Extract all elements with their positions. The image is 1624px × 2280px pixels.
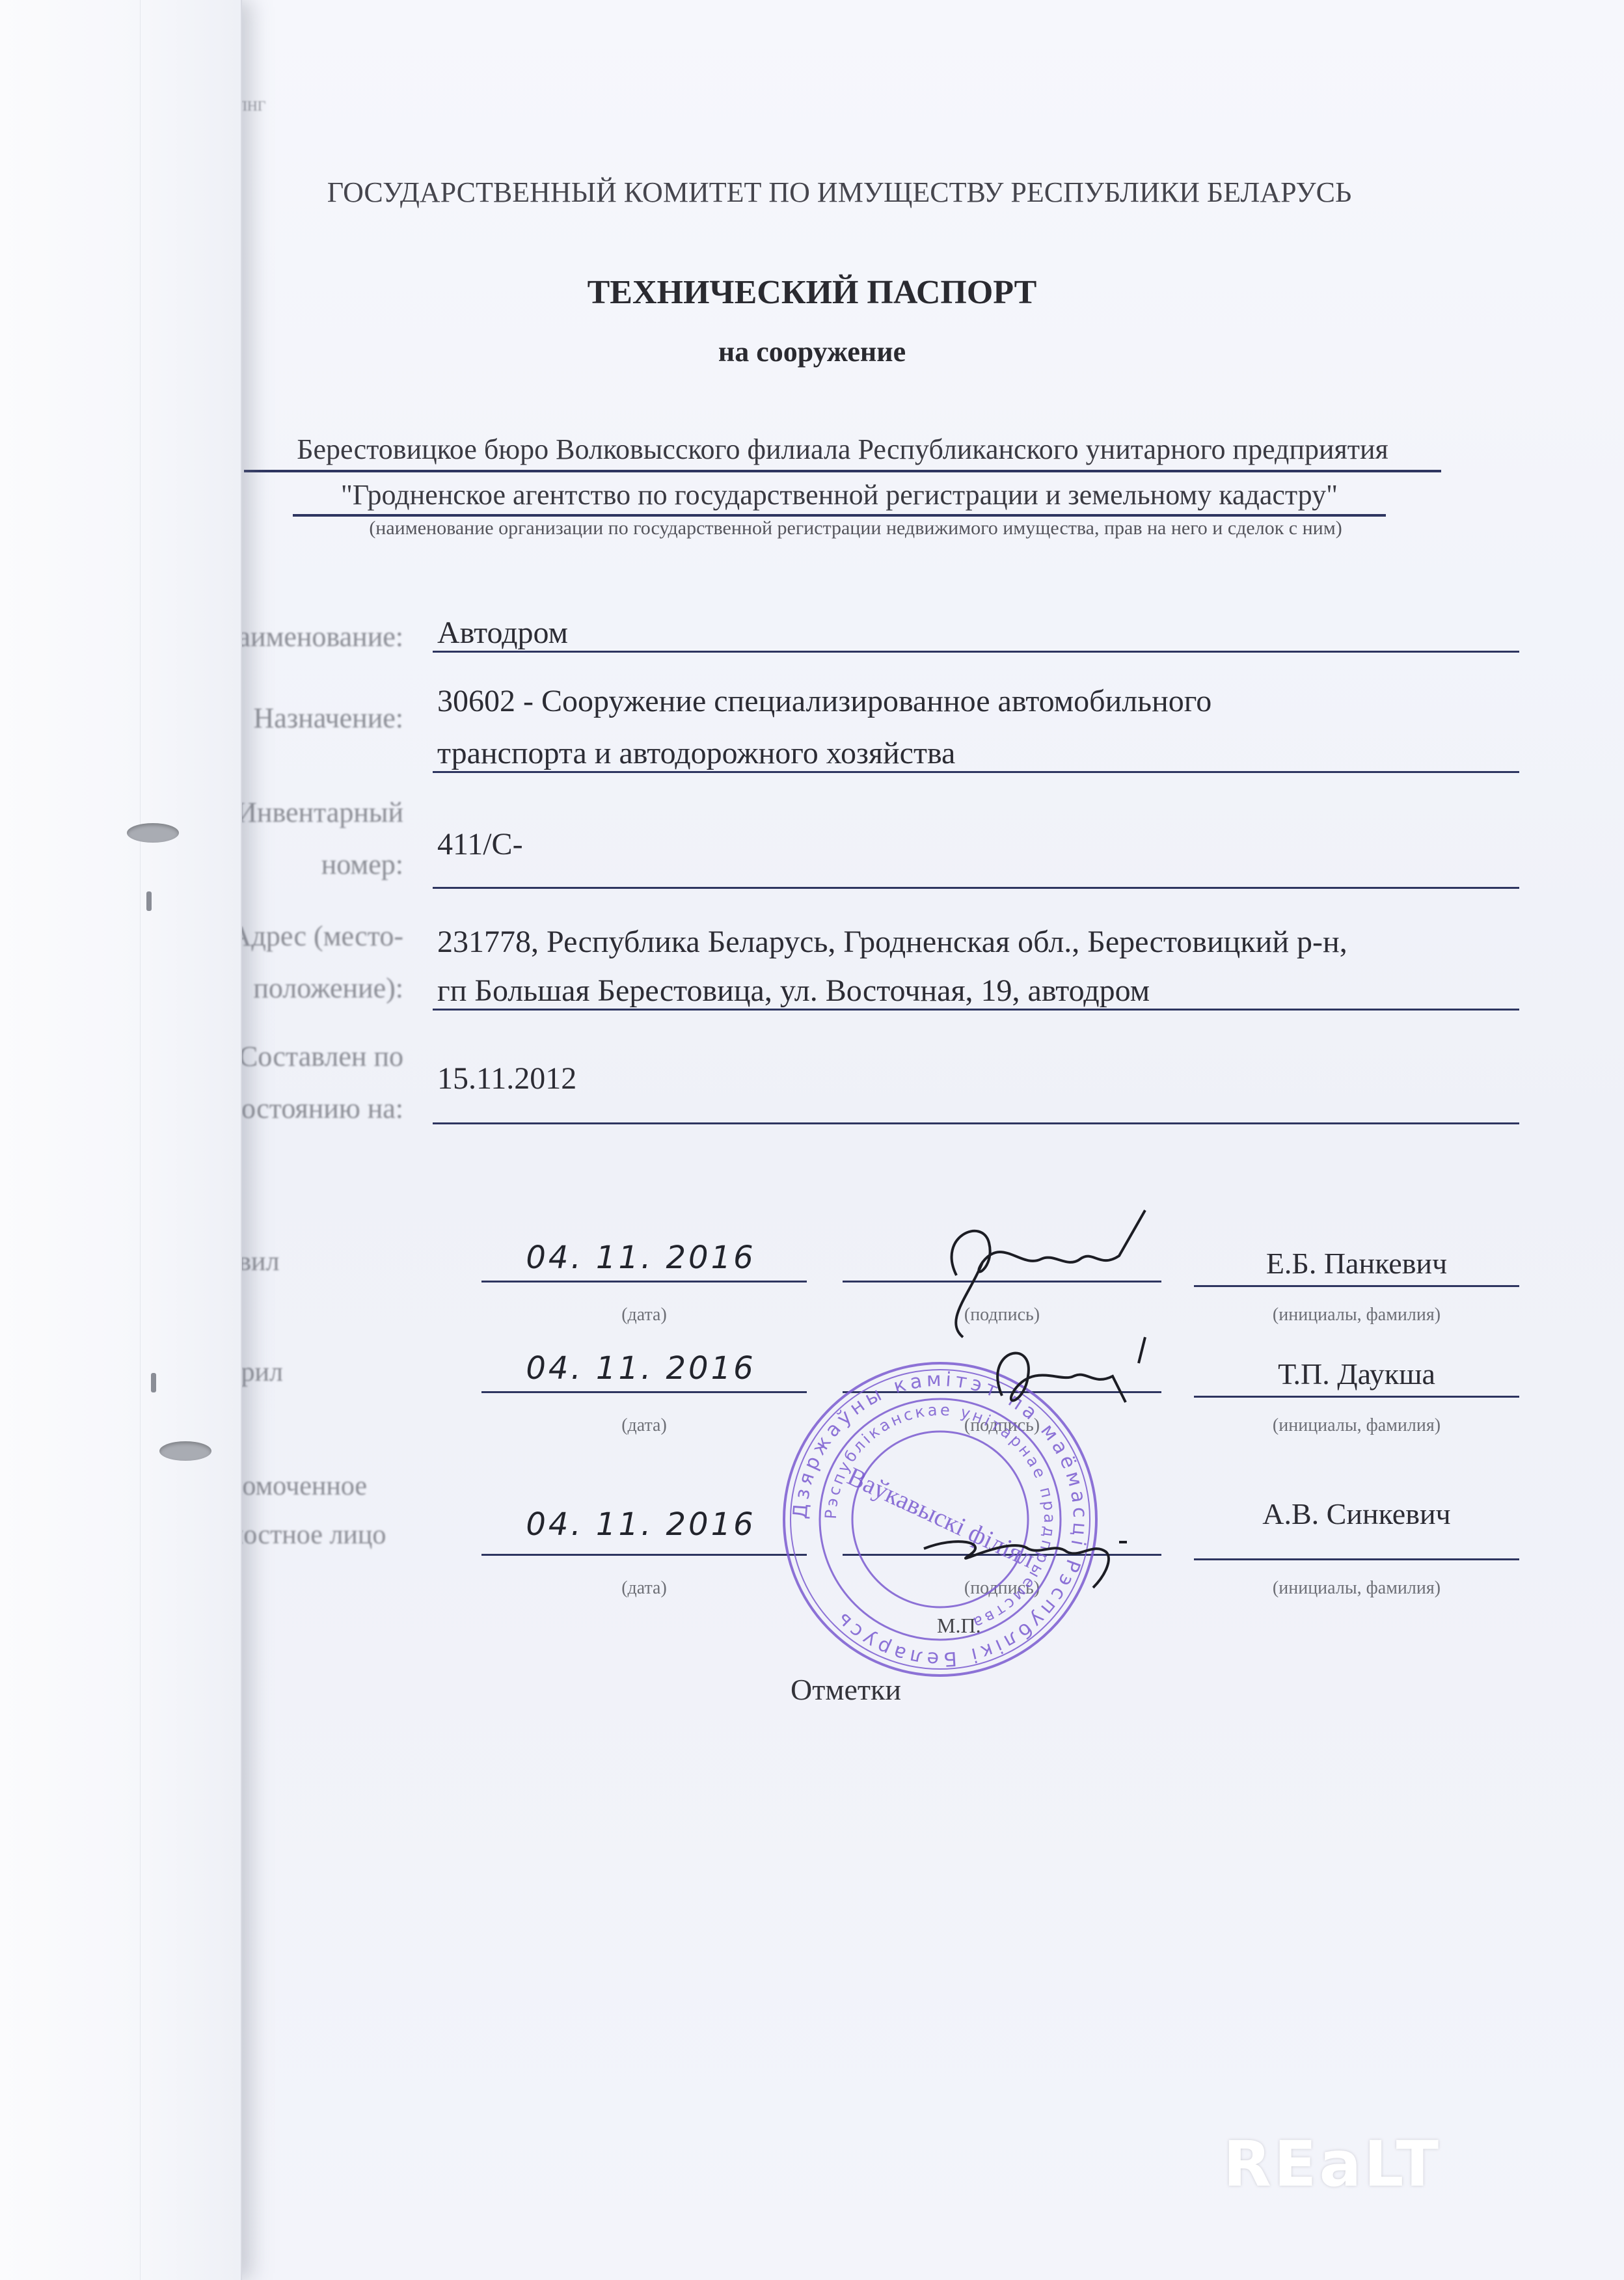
- underline: [244, 470, 1441, 472]
- field-value-address-line-2: гп Большая Берестовица, ул. Восточная, 1…: [437, 963, 1150, 1019]
- fastener-slot: [146, 891, 152, 911]
- field-value-inventory: 411/С-: [437, 817, 523, 873]
- underline: [433, 1009, 1519, 1011]
- fold-crease: [140, 0, 141, 2280]
- document-title: ТЕХНИЧЕСКИЙ ПАСПОРТ: [0, 273, 1624, 312]
- signer-name-3: А.В. Синкевич: [1194, 1497, 1519, 1531]
- caption-signature: (подпись): [843, 1415, 1161, 1436]
- seal-mark: М.П.: [937, 1614, 981, 1638]
- organization-line-1: Берестовицкое бюро Волковысского филиала…: [244, 433, 1441, 466]
- marks-heading: Отметки: [651, 1672, 1041, 1707]
- underline: [1194, 1396, 1519, 1398]
- handwritten-date-2: 04. 11. 2016: [485, 1350, 797, 1387]
- caption-date: (дата): [481, 1415, 807, 1436]
- punch-hole-bottom: [159, 1441, 211, 1461]
- realt-watermark: REaLT: [1223, 2128, 1441, 2201]
- caption-signature: (подпись): [843, 1578, 1161, 1599]
- caption-name: (инициалы, фамилия): [1194, 1415, 1519, 1436]
- document-subtitle: на сооружение: [0, 335, 1624, 368]
- organization-line-2: "Гродненское агентство по государственно…: [293, 478, 1386, 511]
- caption-signature: (подпись): [843, 1305, 1161, 1325]
- field-value-purpose-line-2: транспорта и автодорожного хозяйства: [437, 726, 955, 781]
- field-value-address-line-1: 231778, Республика Беларусь, Гродненская…: [437, 914, 1347, 970]
- caption-date: (дата): [481, 1578, 807, 1599]
- underline: [843, 1281, 1161, 1282]
- punch-hole-top: [127, 823, 179, 843]
- underline: [843, 1391, 1161, 1393]
- underline: [433, 771, 1519, 773]
- signer-name-2: Т.П. Даукша: [1194, 1357, 1519, 1391]
- signer-name-1: Е.Б. Панкевич: [1194, 1246, 1519, 1281]
- binding-flap: [0, 0, 242, 2280]
- underline: [1194, 1558, 1519, 1560]
- field-value-date: 15.11.2012: [437, 1051, 576, 1107]
- underline: [481, 1281, 807, 1282]
- fastener-slot: [151, 1373, 156, 1392]
- underline: [1194, 1285, 1519, 1287]
- field-value-name: Автодром: [437, 605, 568, 661]
- underline: [481, 1554, 807, 1556]
- handwritten-date-3: 04. 11. 2016: [485, 1506, 797, 1543]
- handwritten-date-1: 04. 11. 2016: [485, 1240, 797, 1276]
- underline: [433, 887, 1519, 889]
- committee-heading: ГОСУДАРСТВЕННЫЙ КОМИТЕТ ПО ИМУЩЕСТВУ РЕС…: [280, 176, 1399, 209]
- field-value-purpose-line-1: 30602 - Сооружение специализированное ав…: [437, 673, 1211, 729]
- caption-date: (дата): [481, 1305, 807, 1325]
- underline: [481, 1391, 807, 1393]
- underline: [843, 1554, 1161, 1556]
- underline: [293, 514, 1386, 517]
- underline: [433, 651, 1519, 653]
- underline: [433, 1122, 1519, 1124]
- caption-name: (инициалы, фамилия): [1194, 1305, 1519, 1325]
- caption-name: (инициалы, фамилия): [1194, 1578, 1519, 1599]
- organization-note: (наименование организации по государстве…: [254, 517, 1457, 539]
